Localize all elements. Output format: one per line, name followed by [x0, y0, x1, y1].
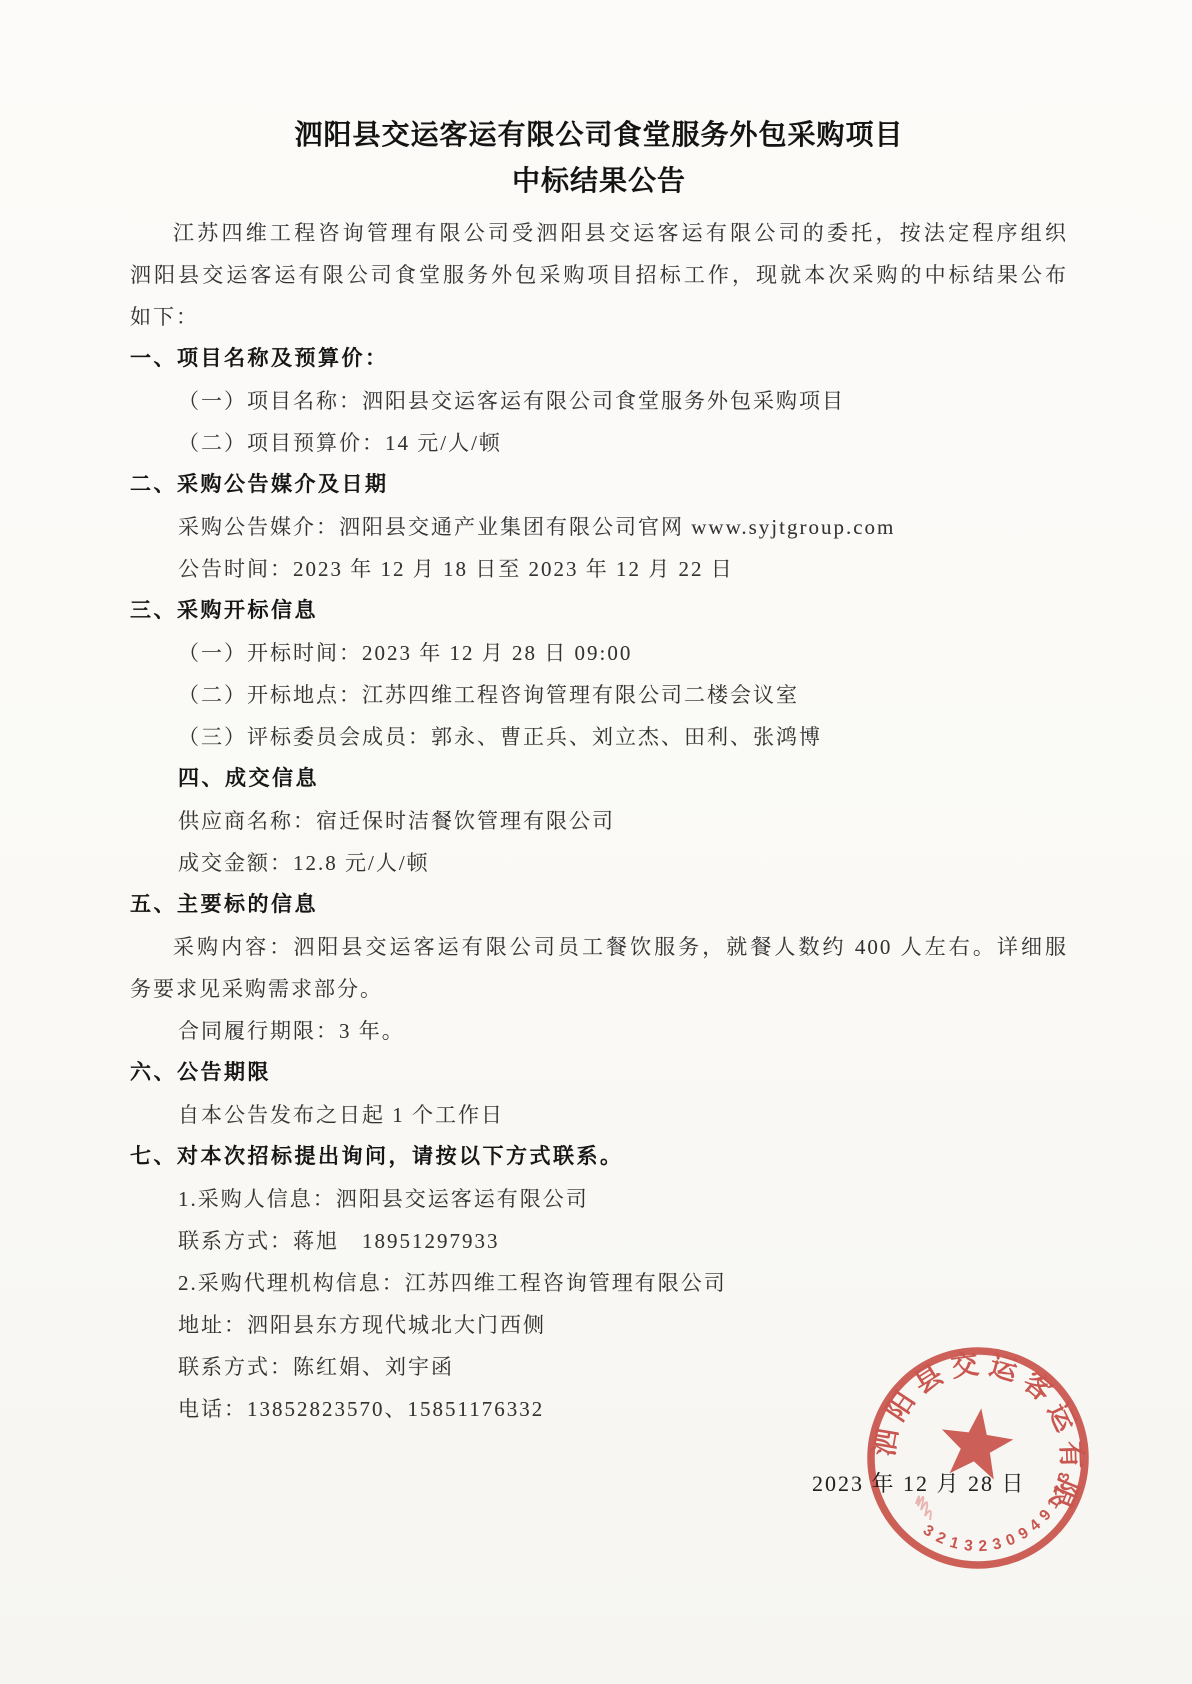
section-2-heading: 二、采购公告媒介及日期	[130, 464, 1068, 506]
section-6-heading: 六、公告期限	[130, 1052, 1068, 1094]
section-4-item-1: 供应商名称：宿迁保时洁餐饮管理有限公司	[130, 800, 1068, 842]
section-4-item-2: 成交金额：12.8 元/人/顿	[130, 842, 1068, 884]
section-1-item-2: （二）项目预算价：14 元/人/顿	[130, 422, 1068, 464]
section-3-item-2: （二）开标地点：江苏四维工程咨询管理有限公司二楼会议室	[130, 674, 1068, 716]
section-5-heading: 五、主要标的信息	[130, 884, 1068, 926]
section-6-item-1: 自本公告发布之日起 1 个工作日	[130, 1094, 1068, 1136]
section-1-heading: 一、项目名称及预算价：	[130, 338, 1068, 380]
document-title-line2: 中标结果公告	[130, 158, 1068, 204]
section-7-item-2: 联系方式：蒋旭 18951297933	[130, 1220, 1068, 1262]
section-3-item-1: （一）开标时间：2023 年 12 月 28 日 09:00	[130, 632, 1068, 674]
intro-line-3: 如下：	[130, 296, 1068, 338]
section-5-item-1: 合同履行期限：3 年。	[130, 1010, 1068, 1052]
section-2-item-2: 公告时间：2023 年 12 月 18 日至 2023 年 12 月 22 日	[130, 548, 1068, 590]
section-3-heading: 三、采购开标信息	[130, 590, 1068, 632]
seal-star-icon	[936, 1403, 1017, 1481]
section-7-item-1: 1.采购人信息：泗阳县交运客运有限公司	[130, 1178, 1068, 1220]
section-7-heading: 七、对本次招标提出询问，请按以下方式联系。	[130, 1136, 1068, 1178]
document-title-line1: 泗阳县交运客运有限公司食堂服务外包采购项目	[130, 112, 1068, 158]
signature-mark	[916, 1496, 931, 1520]
section-4-heading: 四、成交信息	[130, 758, 1068, 800]
scanned-announcement-page: 泗阳县交运客运有限公司食堂服务外包采购项目 中标结果公告 江苏四维工程咨询管理有…	[0, 0, 1192, 1684]
seal-svg: 泗阳县交运客运有限公司 3213230949173	[856, 1336, 1100, 1580]
section-5-paragraph-line-2: 务要求见采购需求部分。	[130, 968, 1068, 1010]
document-body: 泗阳县交运客运有限公司食堂服务外包采购项目 中标结果公告 江苏四维工程咨询管理有…	[130, 112, 1068, 1430]
document-text: 江苏四维工程咨询管理有限公司受泗阳县交运客运有限公司的委托，按法定程序组织 泗阳…	[130, 212, 1068, 1430]
section-2-item-1: 采购公告媒介：泗阳县交通产业集团有限公司官网 www.syjtgroup.com	[130, 506, 1068, 548]
section-7-item-3: 2.采购代理机构信息：江苏四维工程咨询管理有限公司	[130, 1262, 1068, 1304]
section-3-item-3: （三）评标委员会成员：郭永、曹正兵、刘立杰、田利、张鸿博	[130, 716, 1068, 758]
intro-line-2: 泗阳县交运客运有限公司食堂服务外包采购项目招标工作，现就本次采购的中标结果公布	[130, 254, 1068, 296]
company-seal-stamp: 泗阳县交运客运有限公司 3213230949173	[856, 1336, 1100, 1580]
section-5-paragraph-line-1: 采购内容：泗阳县交运客运有限公司员工餐饮服务，就餐人数约 400 人左右。详细服	[130, 926, 1068, 968]
section-1-item-1: （一）项目名称：泗阳县交运客运有限公司食堂服务外包采购项目	[130, 380, 1068, 422]
intro-line-1: 江苏四维工程咨询管理有限公司受泗阳县交运客运有限公司的委托，按法定程序组织	[130, 212, 1068, 254]
